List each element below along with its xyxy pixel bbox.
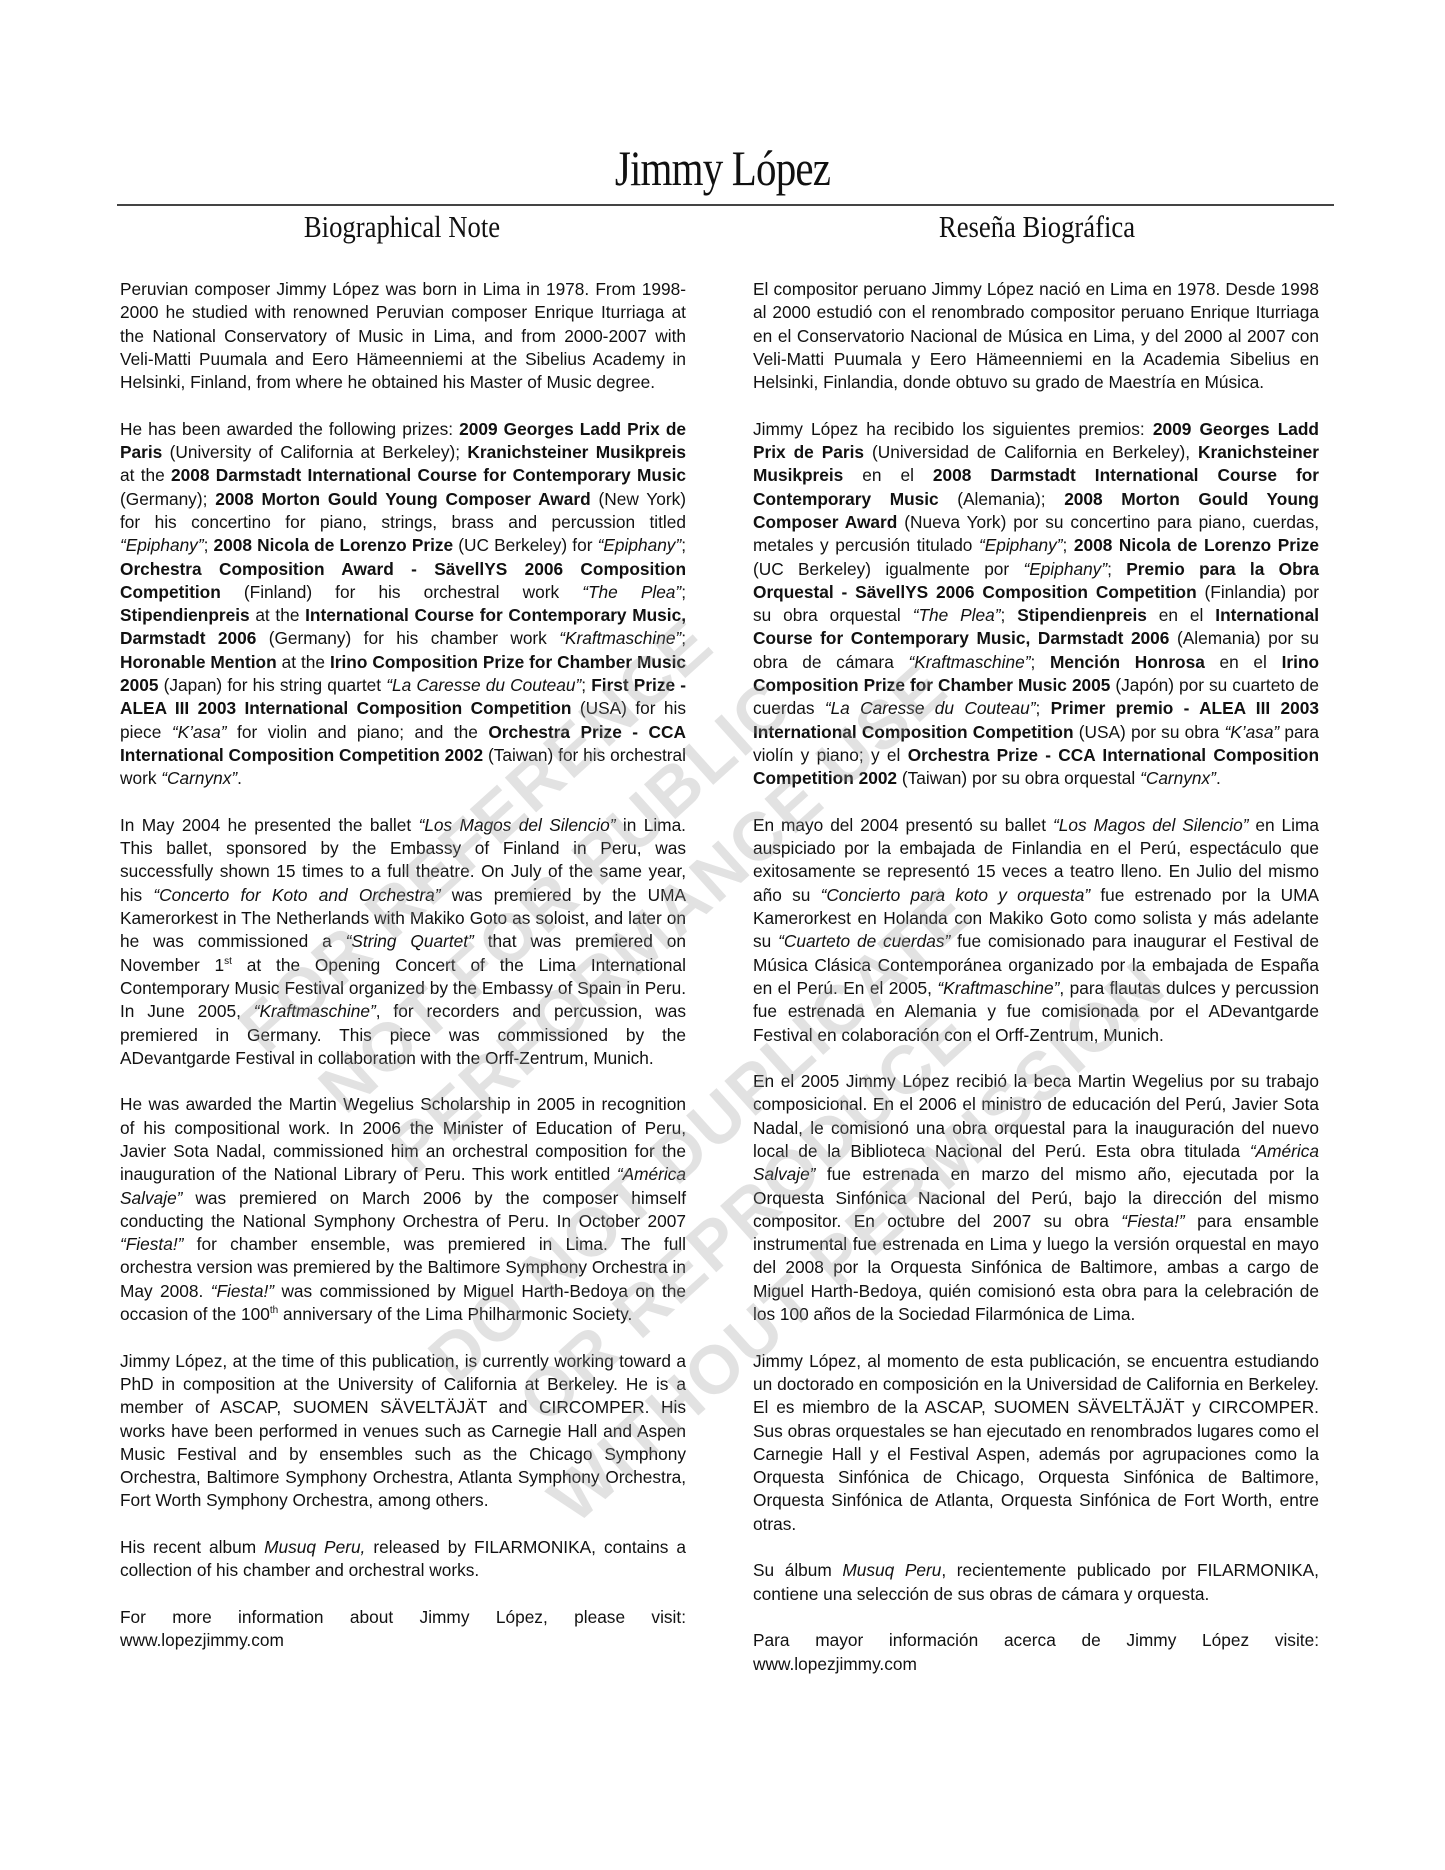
bio-paragraph-current-es: Jimmy López, al momento de esta publicac… (753, 1350, 1319, 1536)
page-title: Jimmy López (130, 138, 1315, 198)
bio-paragraph-origin: Peruvian composer Jimmy López was born i… (120, 278, 686, 394)
spanish-column: El compositor peruano Jimmy López nació … (753, 278, 1319, 1699)
bio-paragraph-current: Jimmy López, at the time of this publica… (120, 1350, 686, 1513)
document-page: Jimmy López Biographical Note Reseña Bio… (0, 0, 1445, 1870)
bio-paragraph-commissions-es: En el 2005 Jimmy López recibió la beca M… (753, 1070, 1319, 1326)
bio-paragraph-commissions: He was awarded the Martin Wegelius Schol… (120, 1093, 686, 1326)
column-heading-english: Biographical Note (161, 205, 643, 249)
bio-paragraph-website-es: Para mayor información acerca de Jimmy L… (753, 1629, 1319, 1676)
bio-paragraph-premieres-es: En mayo del 2004 presentó su ballet “Los… (753, 814, 1319, 1047)
bio-paragraph-album-es: Su álbum Musuq Peru, recientemente publi… (753, 1559, 1319, 1606)
bio-paragraph-origin-es: El compositor peruano Jimmy López nació … (753, 278, 1319, 394)
bio-paragraph-album: His recent album Musuq Peru, released by… (120, 1536, 686, 1583)
bio-paragraph-prizes-es: Jimmy López ha recibido los siguientes p… (753, 418, 1319, 791)
column-heading-spanish: Reseña Biográfica (796, 205, 1278, 249)
bio-paragraph-prizes: He has been awarded the following prizes… (120, 418, 686, 791)
english-column: Peruvian composer Jimmy López was born i… (120, 278, 686, 1676)
bio-paragraph-website: For more information about Jimmy López, … (120, 1606, 686, 1653)
bio-paragraph-premieres: In May 2004 he presented the ballet “Los… (120, 814, 686, 1070)
